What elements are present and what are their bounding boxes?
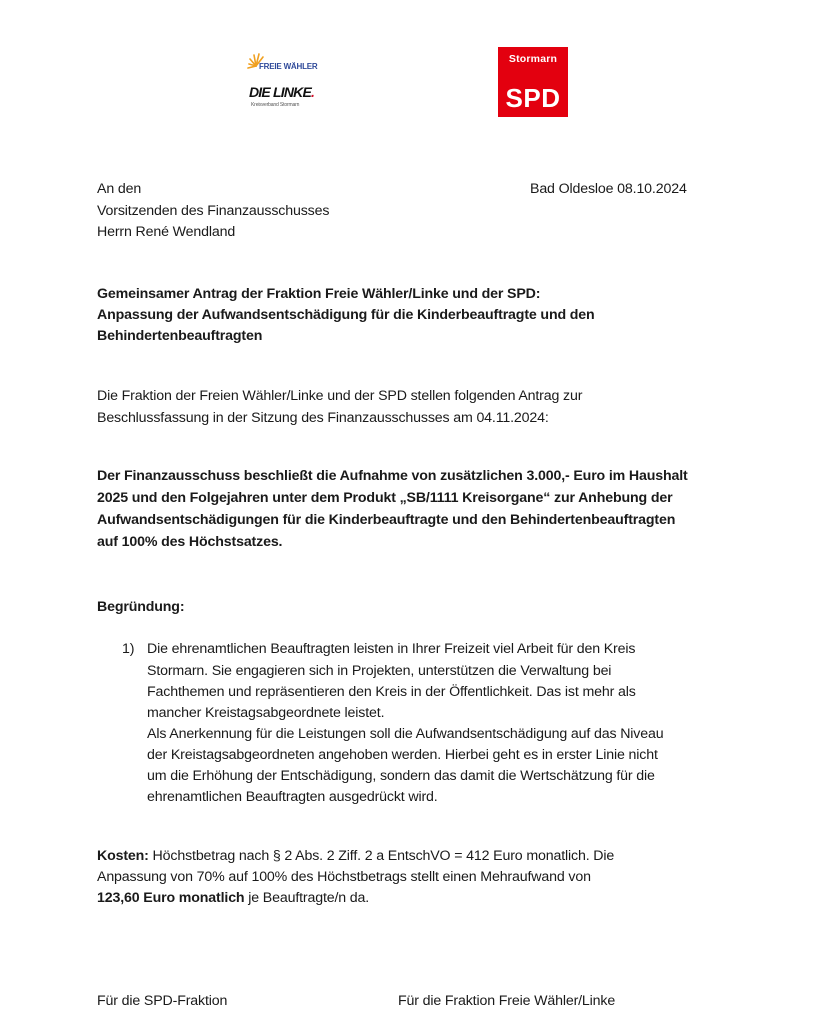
freie-waehler-logo: FREIE WÄHLER (247, 52, 319, 74)
address-line: Vorsitzenden des Finanzausschusses (97, 201, 329, 223)
intro-line: Beschlussfassung in der Sitzung des Fina… (97, 408, 549, 430)
costs-line: 123,60 Euro monatlich je Beauftragte/n d… (97, 888, 369, 910)
reasoning-line: Als Anerkennung für die Leistungen soll … (147, 724, 663, 746)
signature-freie-waehler-linke: Für die Fraktion Freie Wähler/Linke (398, 991, 615, 1013)
subject-line: Behindertenbeauftragten (97, 326, 262, 348)
reasoning-line: Die ehrenamtlichen Beauftragten leisten … (147, 639, 635, 661)
reasoning-line: mancher Kreistagsabgeordnete leistet. (147, 703, 384, 725)
reasoning-line: ehrenamtlichen Beauftragten ausgedrückt … (147, 787, 438, 809)
list-number: 1) (122, 639, 134, 661)
spd-logo: Stormarn SPD (498, 47, 568, 117)
freie-waehler-wordmark: FREIE WÄHLER (259, 62, 318, 71)
subject-line: Gemeinsamer Antrag der Fraktion Freie Wä… (97, 284, 540, 306)
signature-spd: Für die SPD-Fraktion (97, 991, 227, 1013)
reasoning-line: um die Erhöhung der Entschädigung, sonde… (147, 766, 655, 788)
address-line: Herrn René Wendland (97, 222, 235, 244)
motion-line: auf 100% des Höchstsatzes. (97, 532, 282, 554)
reasoning-heading: Begründung: (97, 597, 184, 619)
costs-label: Kosten: (97, 848, 149, 864)
costs-line: Kosten: Höchstbetrag nach § 2 Abs. 2 Zif… (97, 846, 614, 868)
address-line: An den (97, 179, 141, 201)
subject-line: Anpassung der Aufwandsentschädigung für … (97, 305, 595, 327)
spd-region: Stormarn (498, 53, 568, 65)
reasoning-line: Stormarn. Sie engagieren sich in Projekt… (147, 661, 611, 683)
reasoning-line: der Kreistagsabgeordneten angehoben werd… (147, 745, 658, 767)
motion-line: 2025 und den Folgejahren unter dem Produ… (97, 488, 672, 510)
die-linke-logo: DIE LINKE. Kreisverband Stormarn (247, 84, 319, 112)
intro-line: Die Fraktion der Freien Wähler/Linke und… (97, 386, 582, 408)
costs-amount: 123,60 Euro monatlich (97, 890, 244, 906)
motion-line: Aufwandsentschädigungen für die Kinderbe… (97, 510, 675, 532)
costs-line: Anpassung von 70% auf 100% des Höchstbet… (97, 867, 591, 889)
place-date: Bad Oldesloe 08.10.2024 (530, 179, 687, 201)
reasoning-line: Fachthemen und repräsentieren den Kreis … (147, 682, 636, 704)
die-linke-wordmark: DIE LINKE. (249, 84, 314, 100)
motion-line: Der Finanzausschuss beschließt die Aufna… (97, 466, 688, 488)
spd-wordmark: SPD (498, 83, 568, 114)
die-linke-subtitle: Kreisverband Stormarn (251, 102, 299, 108)
